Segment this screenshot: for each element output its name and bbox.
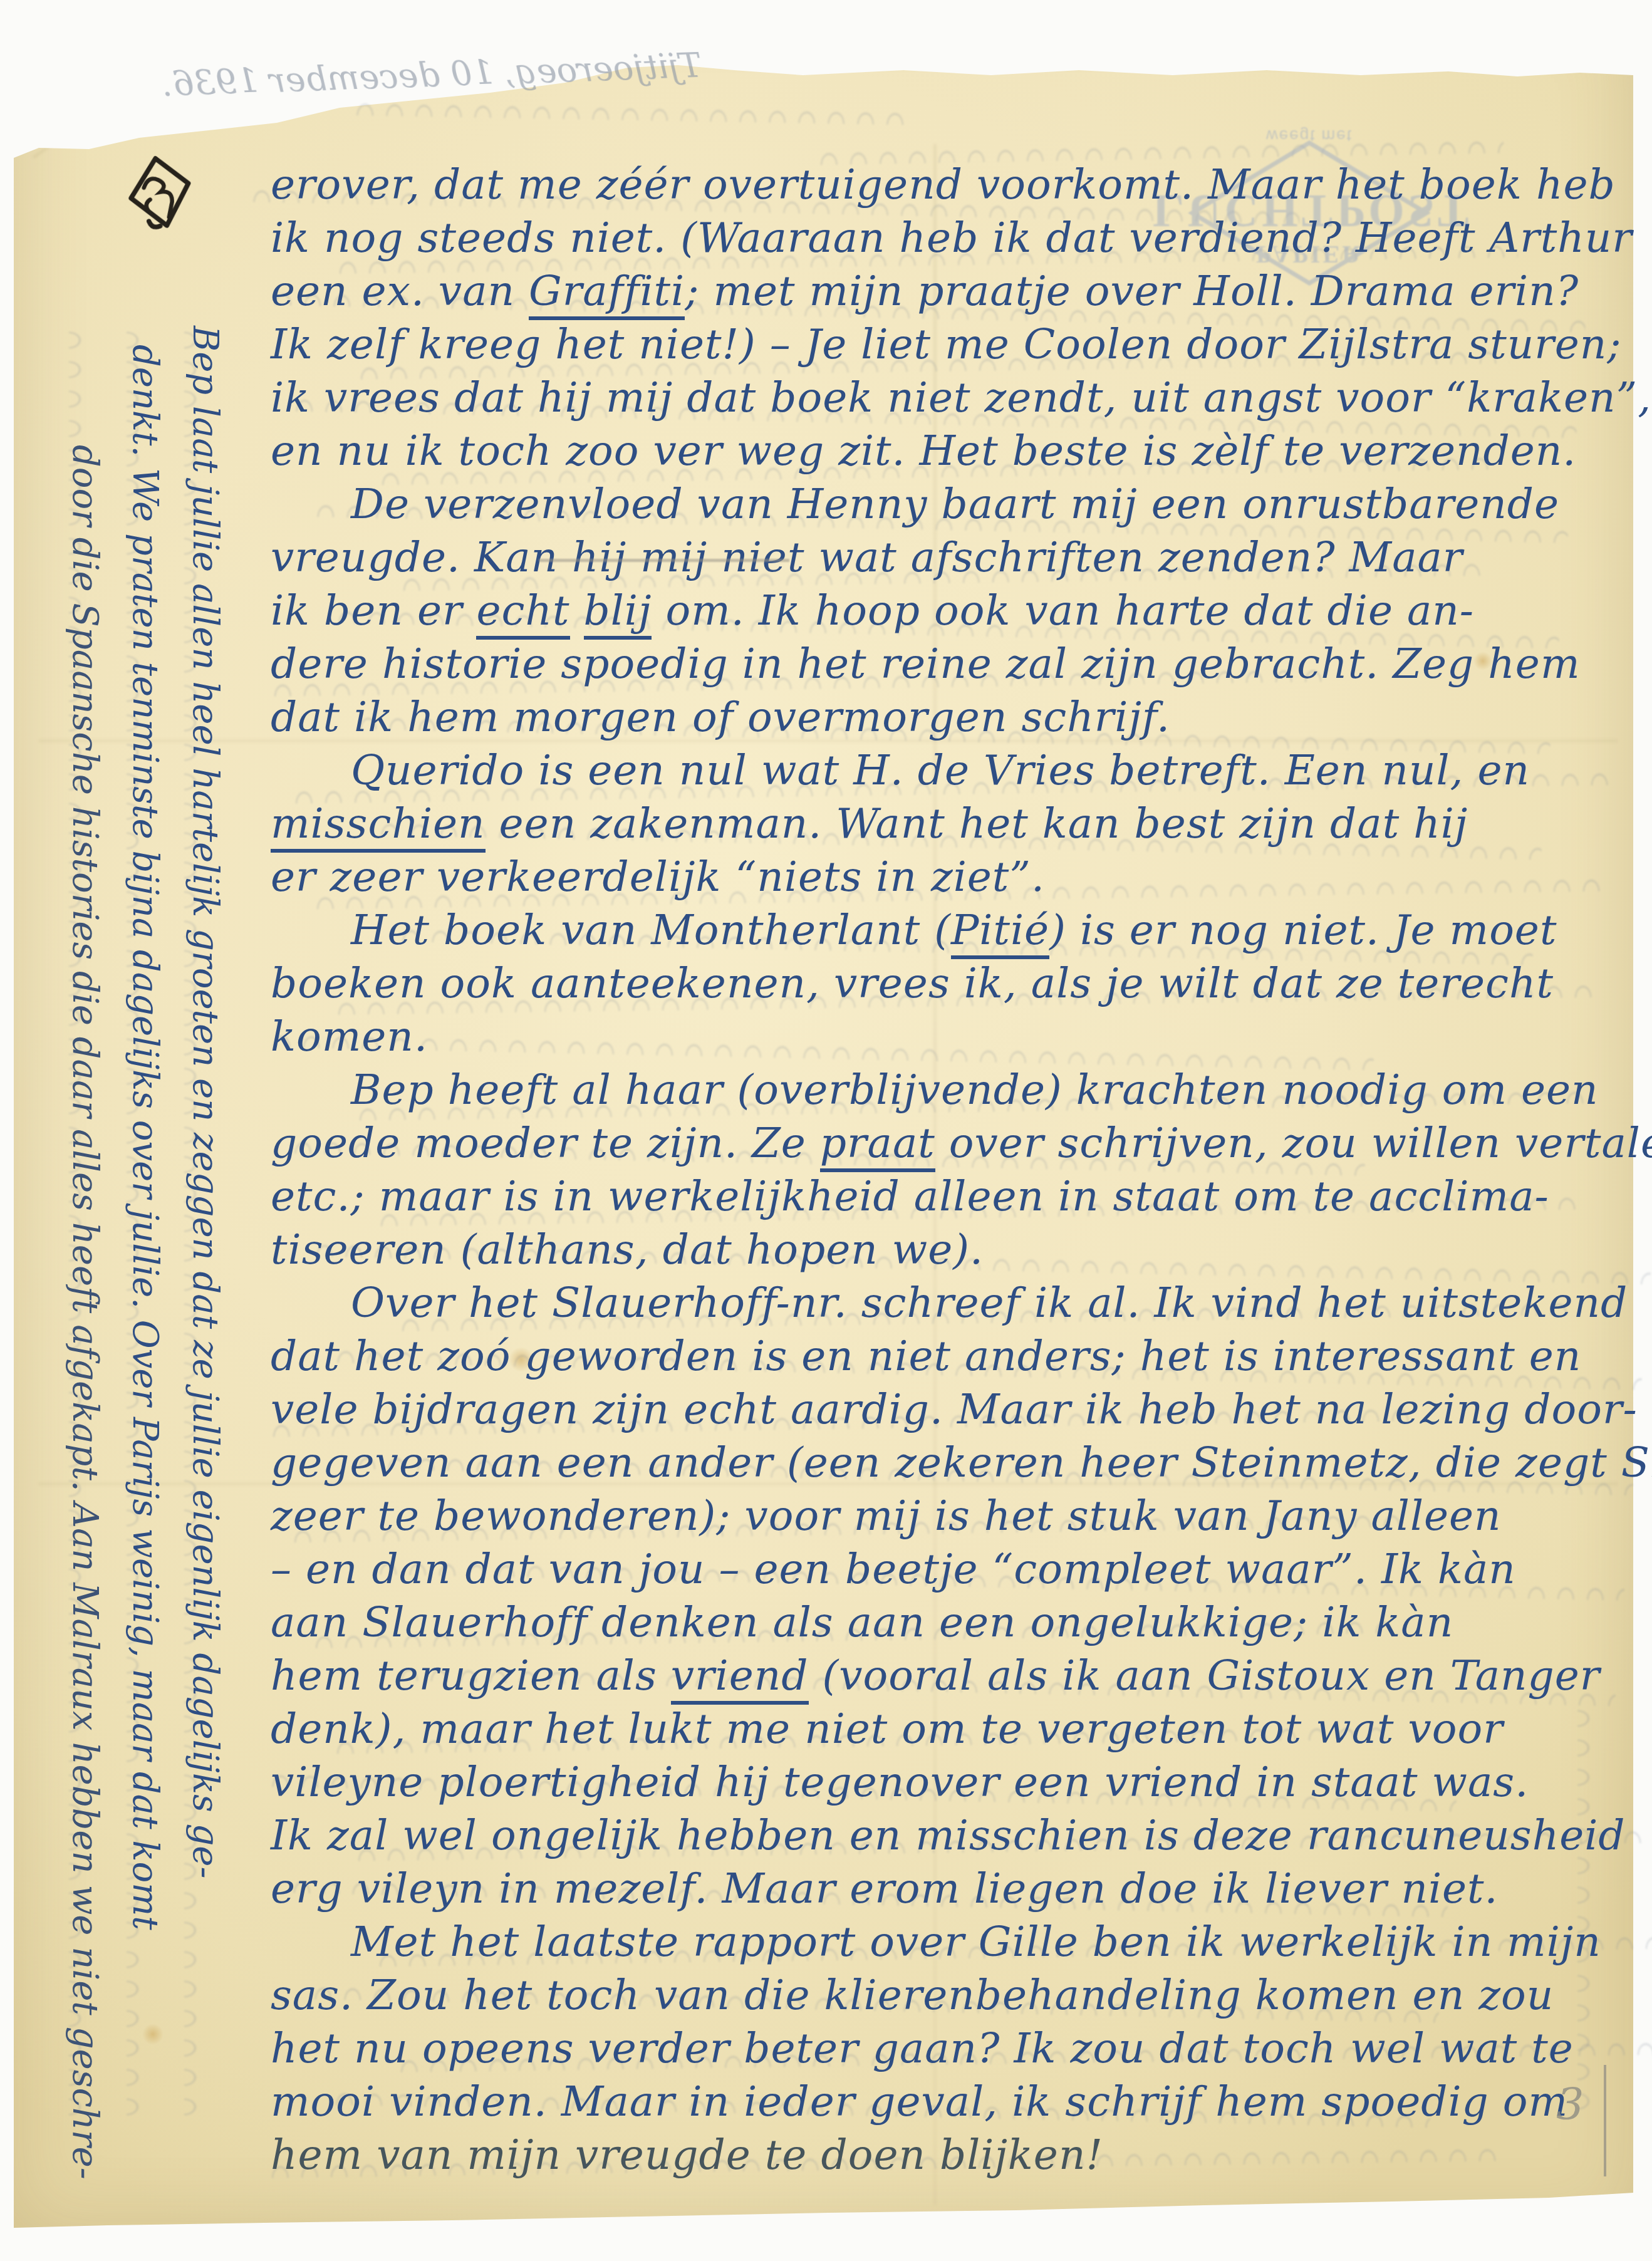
handwriting-text: dat ik hem morgen of overmorgen schrijf.: [271, 693, 1170, 741]
letter-line: Bep heeft al haar (overblijvende) kracht…: [271, 1063, 1636, 1116]
handwriting-text: Querido is een nul wat H. de Vries betre…: [351, 746, 1530, 794]
letter-line: Het boek van Montherlant (Pitié) is er n…: [271, 903, 1636, 957]
letter-line: mooi vinden. Maar in ieder geval, ik sch…: [271, 2075, 1636, 2128]
handwriting-text: goede moeder te zijn. Ze: [271, 1119, 820, 1167]
letter-line: aan Slauerhoff denken als aan een ongelu…: [271, 1596, 1636, 1649]
handwriting-text: Met het laatste rapport over Gille ben i…: [351, 1918, 1601, 1966]
handwriting-text: denk), maar het lukt me niet om te verge…: [271, 1705, 1504, 1753]
letter-line: De verzenvloed van Henny baart mij een o…: [271, 477, 1636, 531]
handwriting-text: het nu opeens verder beter gaan? Ik zou …: [271, 2024, 1574, 2072]
margin-note-line: Bep laat jullie allen heel hartelijk gro…: [175, 326, 235, 2212]
letter-line: ik nog steeds niet. (Waaraan heb ik dat …: [271, 211, 1636, 264]
handwriting-text: ) is er nog niet. Je moet: [1049, 906, 1557, 954]
handwriting-text: hem terugzien als: [271, 1651, 671, 1700]
handwriting-text: Bep heeft al haar (overblijvende) kracht…: [351, 1066, 1599, 1114]
letter-line: Ik zelf kreeg het niet!) – Je liet me Co…: [271, 318, 1636, 371]
handwriting-text: tiseeren (althans, dat hopen we).: [271, 1225, 984, 1274]
letter-line: ik vrees dat hij mij dat boek niet zendt…: [271, 371, 1636, 424]
letter-line: erg vileyn in mezelf. Maar erom liegen d…: [271, 1862, 1636, 1915]
letter-line: zeer te bewonderen); voor mij is het stu…: [271, 1489, 1636, 1542]
handwriting-text: ik nog steeds niet. (Waaraan heb ik dat …: [271, 214, 1633, 262]
underlined-word: misschien: [271, 799, 486, 853]
handwriting-text: ik ben er: [271, 586, 476, 635]
letter-line: en nu ik toch zoo ver weg zit. Het beste…: [271, 424, 1636, 477]
underlined-word: blij: [584, 586, 652, 640]
pencil-stroke: [1604, 2065, 1606, 2176]
letter-line: ik ben er echt blij om. Ik hoop ook van …: [271, 584, 1636, 637]
handwriting-text: komen.: [271, 1012, 428, 1061]
page-number: 3: [1556, 2079, 1584, 2130]
handwriting-text: zeer te bewonderen); voor mij is het stu…: [271, 1492, 1502, 1540]
letter-line: Querido is een nul wat H. de Vries betre…: [271, 744, 1636, 797]
letter-line: dat ik hem morgen of overmorgen schrijf.: [271, 690, 1636, 744]
handwriting-text: hem van mijn vreugde te doen blijken!: [271, 2131, 1103, 2179]
handwriting-text: er zeer verkeerdelijk “niets in ziet”.: [271, 853, 1045, 901]
handwriting-text: sas. Zou het toch van die klierenbehande…: [271, 1971, 1554, 2019]
pencil-mark: [539, 559, 789, 562]
handwriting-text: De verzenvloed van Henny baart mij een o…: [351, 480, 1559, 528]
letter-line: vele bijdragen zijn echt aardig. Maar ik…: [271, 1383, 1636, 1436]
handwriting-text: dat het zoó geworden is en niet anders; …: [271, 1332, 1581, 1380]
letter-line: etc.; maar is in werkelijkheid alleen in…: [271, 1170, 1636, 1223]
underlined-word: echt: [476, 586, 569, 640]
handwriting-text: aan Slauerhoff denken als aan een ongelu…: [271, 1598, 1453, 1646]
letter-scan: Tjitjoeroeg, 10 december 1936. PAPIER LU…: [0, 0, 1652, 2261]
underlined-word: Pitié: [951, 906, 1049, 959]
underlined-word: vriend: [671, 1651, 809, 1705]
handwriting-text: dere historie spoedig in het reine zal z…: [271, 640, 1581, 688]
margin-notes: Bep laat jullie allen heel hartelijk gro…: [47, 326, 235, 2212]
handwriting-text: erover, dat me zéér overtuigend voorkomt…: [271, 160, 1616, 209]
letter-line: – en dan dat van jou – een beetje “compl…: [271, 1542, 1636, 1596]
letter-line: tiseeren (althans, dat hopen we).: [271, 1223, 1636, 1276]
letter-line: gegeven aan een ander (een zekeren heer …: [271, 1436, 1636, 1489]
letterhead-subtext: weegt met: [1153, 126, 1466, 145]
handwriting-text: boeken ook aanteekenen, vrees ik, als je…: [271, 959, 1554, 1007]
letter-line: het nu opeens verder beter gaan? Ik zou …: [271, 2022, 1636, 2075]
letter-line: denk), maar het lukt me niet om te verge…: [271, 1702, 1636, 1755]
handwriting-text: mooi vinden. Maar in ieder geval, ik sch…: [271, 2077, 1568, 2126]
handwriting-text: gegeven aan een ander (een zekeren heer …: [271, 1438, 1652, 1487]
letter-line: hem van mijn vreugde te doen blijken!: [271, 2128, 1636, 2181]
letter-line: goede moeder te zijn. Ze praat over schr…: [271, 1116, 1636, 1170]
letter-line: een ex. van Graffiti; met mijn praatje o…: [271, 264, 1636, 318]
underlined-word: praat: [820, 1119, 935, 1172]
letter-line: boeken ook aanteekenen, vrees ik, als je…: [271, 957, 1636, 1010]
handwriting-text: etc.; maar is in werkelijkheid alleen in…: [271, 1172, 1549, 1220]
letter-line: Met het laatste rapport over Gille ben i…: [271, 1915, 1636, 1968]
handwriting-text: een ex. van: [271, 267, 529, 315]
handwriting-text: Het boek van Montherlant (: [351, 906, 951, 954]
handwriting-text: vileyne ploertigheid hij tegenover een v…: [271, 1758, 1529, 1806]
margin-note-line: door die Spaansche histories die daar al…: [55, 326, 115, 2212]
handwriting-text: over schrijven, zou willen vertalen: [935, 1119, 1652, 1167]
handwriting-text: om. Ik hoop ook van harte dat die an-: [652, 586, 1474, 635]
underlined-word: Graffiti: [529, 267, 685, 320]
letter-line: vileyne ploertigheid hij tegenover een v…: [271, 1755, 1636, 1809]
handwriting-text: ; met mijn praatje over Holl. Drama erin…: [685, 267, 1579, 315]
letter-line: vreugde. Kan hij mij niet wat afschrifte…: [271, 531, 1636, 584]
handwriting-text: [570, 586, 584, 635]
ink-stamp-animal-figure-icon: [122, 153, 194, 234]
handwriting-text: (vooral als ik aan Gistoux en Tanger: [809, 1651, 1601, 1700]
handwriting-text: vreugde. Kan hij mij niet wat afschrifte…: [271, 533, 1463, 581]
letter-line: er zeer verkeerdelijk “niets in ziet”.: [271, 850, 1636, 903]
handwriting-text: een zakenman. Want het kan best zijn dat…: [486, 799, 1468, 848]
letter-body: erover, dat me zéér overtuigend voorkomt…: [271, 158, 1636, 2181]
handwriting-text: ik vrees dat hij mij dat boek niet zendt…: [271, 373, 1651, 422]
letter-line: misschien een zakenman. Want het kan bes…: [271, 797, 1636, 850]
letter-line: erover, dat me zéér overtuigend voorkomt…: [271, 158, 1636, 211]
handwriting-text: Ik zal wel ongelijk hebben en misschien …: [271, 1811, 1626, 1859]
letter-line: Ik zal wel ongelijk hebben en misschien …: [271, 1809, 1636, 1862]
handwriting-text: erg vileyn in mezelf. Maar erom liegen d…: [271, 1864, 1499, 1913]
handwriting-text: Ik zelf kreeg het niet!) – Je liet me Co…: [271, 320, 1622, 368]
letter-line: komen.: [271, 1010, 1636, 1063]
handwriting-text: – en dan dat van jou – een beetje “compl…: [271, 1545, 1516, 1593]
letter-line: dat het zoó geworden is en niet anders; …: [271, 1329, 1636, 1383]
letter-line: hem terugzien als vriend (vooral als ik …: [271, 1649, 1636, 1702]
letter-line: dere historie spoedig in het reine zal z…: [271, 637, 1636, 690]
handwriting-text: en nu ik toch zoo ver weg zit. Het beste…: [271, 427, 1576, 475]
handwriting-text: vele bijdragen zijn echt aardig. Maar ik…: [271, 1385, 1638, 1433]
margin-note-line: denkt. We praten tenminste bijna dagelij…: [115, 326, 175, 2212]
letter-line: Over het Slauerhoff-nr. schreef ik al. I…: [271, 1276, 1636, 1329]
handwriting-text: Over het Slauerhoff-nr. schreef ik al. I…: [351, 1279, 1628, 1327]
letter-line: sas. Zou het toch van die klierenbehande…: [271, 1968, 1636, 2022]
